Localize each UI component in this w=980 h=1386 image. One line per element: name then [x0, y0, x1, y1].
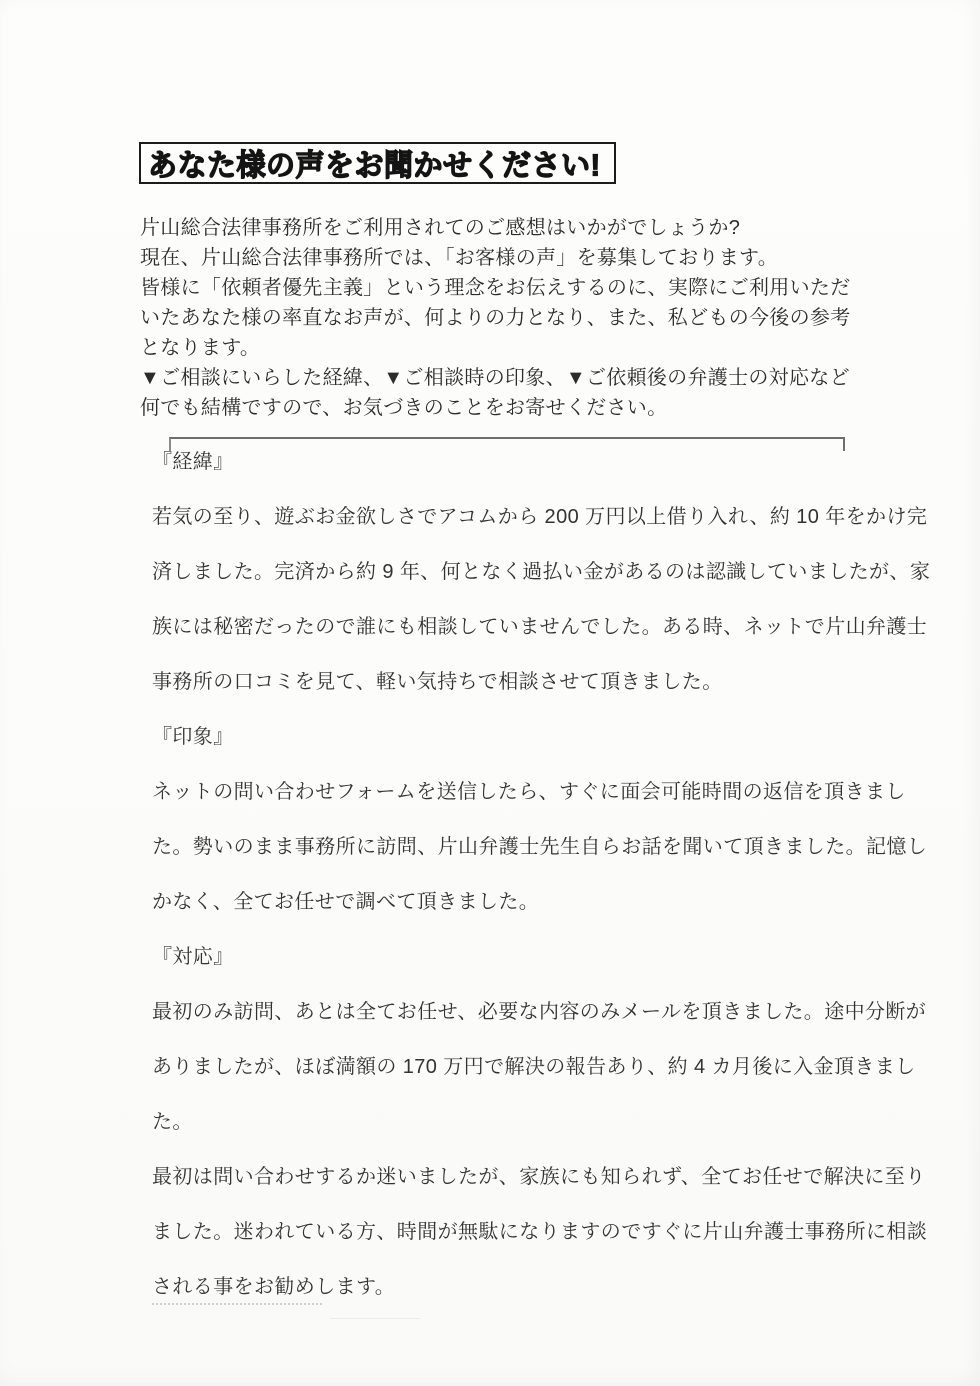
intro-line: 現在、片山総合法律事務所では、「お客様の声」を募集しております。: [140, 243, 851, 273]
intro-line: 皆様に「依頼者優先主義」という理念をお伝えするのに、実際にご利用いただ: [140, 273, 851, 303]
testimonial-line: 最初は問い合わせするか迷いましたが、家族にも知られず、全てお任せで解決に至り: [152, 1150, 930, 1205]
testimonial-line: 最初のみ訪問、あとは全てお任せ、必要な内容のみメールを頂きました。途中分断が: [152, 985, 930, 1040]
intro-line: いたあなた様の率直なお声が、何よりの力となり、また、私どもの今後の参考: [140, 303, 851, 333]
testimonial-line: かなく、全てお任せで調べて頂きました。: [152, 875, 930, 930]
section-heading-keii: 『経緯』: [152, 435, 930, 490]
document-title: あなた様の声をお聞かせください!: [148, 142, 601, 185]
intro-paragraph: 片山総合法律事務所をご利用されてのご感想はいかがでしょうか? 現在、片山総合法律…: [140, 213, 851, 423]
section-heading-taio: 『対応』: [152, 930, 930, 985]
testimonial-line: ネットの問い合わせフォームを送信したら、すぐに面会可能時間の返信を頂きまし: [152, 765, 930, 820]
document-title-box: あなた様の声をお聞かせください!: [139, 142, 616, 184]
testimonial-line: た。勢いのまま事務所に訪問、片山弁護士先生自らお話を聞いて頂きました。記憶し: [152, 820, 930, 875]
testimonial-line: 若気の至り、遊ぶお金欲しさでアコムから 200 万円以上借り入れ、約 10 年を…: [152, 490, 930, 545]
testimonial-line: た。: [152, 1095, 930, 1150]
scan-noise: [330, 1318, 420, 1319]
testimonial-line: 済しました。完済から約 9 年、何となく過払い金があるのは認識していましたが、家: [152, 545, 930, 600]
intro-line: となります。: [140, 333, 851, 363]
intro-line: ▼ご相談にいらした経緯、▼ご相談時の印象、▼ご依頼後の弁護士の対応など: [140, 363, 851, 393]
section-heading-insho: 『印象』: [152, 710, 930, 765]
scanned-document-page: あなた様の声をお聞かせください! 片山総合法律事務所をご利用されてのご感想はいか…: [0, 0, 980, 1386]
testimonial-line: ました。迷われている方、時間が無駄になりますのですぐに片山弁護士事務所に相談: [152, 1205, 930, 1260]
testimonial-line: される事をお勧めします。: [152, 1260, 930, 1315]
scan-noise: [152, 1303, 322, 1305]
testimonial-body: 『経緯』 若気の至り、遊ぶお金欲しさでアコムから 200 万円以上借り入れ、約 …: [152, 435, 930, 1315]
testimonial-line: 事務所の口コミを見て、軽い気持ちで相談させて頂きました。: [152, 655, 930, 710]
testimonial-line: ありましたが、ほぼ満額の 170 万円で解決の報告あり、約 4 カ月後に入金頂き…: [152, 1040, 930, 1095]
intro-line: 何でも結構ですので、お気づきのことをお寄せください。: [140, 393, 851, 423]
testimonial-line: 族には秘密だったので誰にも相談していませんでした。ある時、ネットで片山弁護士: [152, 600, 930, 655]
intro-line: 片山総合法律事務所をご利用されてのご感想はいかがでしょうか?: [140, 213, 851, 243]
